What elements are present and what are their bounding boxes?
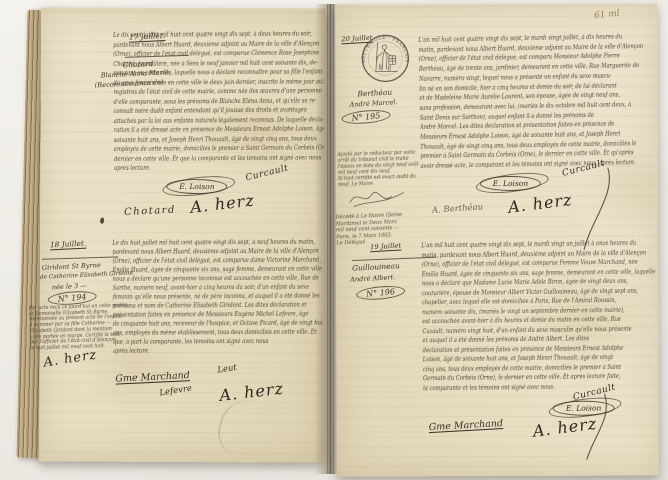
act1-body-text: Le dix sept juillet mil huit cent quatre… — [113, 29, 324, 177]
svg-text:RÉPUBLIQUE · FRANÇAISE: RÉPUBLIQUE · FRANÇAISE — [359, 32, 409, 63]
act4-body-text: L'an mil huit cent quatre vingt dix sept… — [421, 238, 657, 395]
signature-loison: E. Loison — [480, 176, 541, 191]
ink-blot — [100, 218, 104, 224]
act2-margin-name: Giridont St Byrne — [42, 261, 101, 272]
left-page: 17 Juillet. Chotard Blanche Anna Marie, … — [39, 7, 325, 462]
act2-body-text: Le dix huit juillet mil huit cent quatre… — [112, 238, 323, 359]
act3-marginal-mention-1: Ajouté par le rédacteur par suitearrêt d… — [337, 149, 442, 189]
official-stamp-icon: RÉPUBLIQUE · FRANÇAISE — [359, 32, 411, 84]
signature-chotard: Chotard — [124, 205, 176, 218]
act4-margin-name: Guillouineau — [352, 261, 400, 273]
signature-marchand: Gme Marchand — [428, 418, 503, 433]
act4-margin-line2: André Albert. — [350, 273, 396, 284]
signature-herz: A. herz — [218, 379, 284, 405]
act3-margin-name: Berthéau — [357, 87, 392, 98]
signature-lefevre: Lefevre — [159, 384, 193, 399]
margin-rule — [42, 256, 118, 259]
signature-herz: A. herz — [532, 414, 598, 441]
signature-loison: E. Loison — [166, 179, 227, 194]
act2-margin-line3: née le 3 — — [52, 282, 87, 292]
signature-loison: E. Loison — [553, 401, 614, 416]
register-scan: 17 Juillet. Chotard Blanche Anna Marie, … — [0, 0, 668, 480]
act3-body-text: L'an mil huit cent quatre vingt dix sept… — [418, 32, 654, 174]
right-page: 20 Juillet RÉPUBLIQUE · FRANÇAISE Berthé… — [335, 3, 659, 476]
signature-leut: Leut — [217, 363, 238, 376]
act3-margin-line2: André Marcel. — [349, 98, 397, 109]
act4-margin-date: 19 Juillet — [370, 242, 402, 252]
act3-number-badge: N° 195 — [341, 108, 391, 125]
maire-signature-scribble — [344, 184, 414, 210]
signature-herz: A. herz — [507, 190, 573, 217]
act2-margin-date: 18 Juillet. — [50, 239, 87, 250]
signature-marchand: Gme Marchand — [115, 370, 190, 385]
act4-number-badge: N° 196 — [356, 284, 406, 301]
